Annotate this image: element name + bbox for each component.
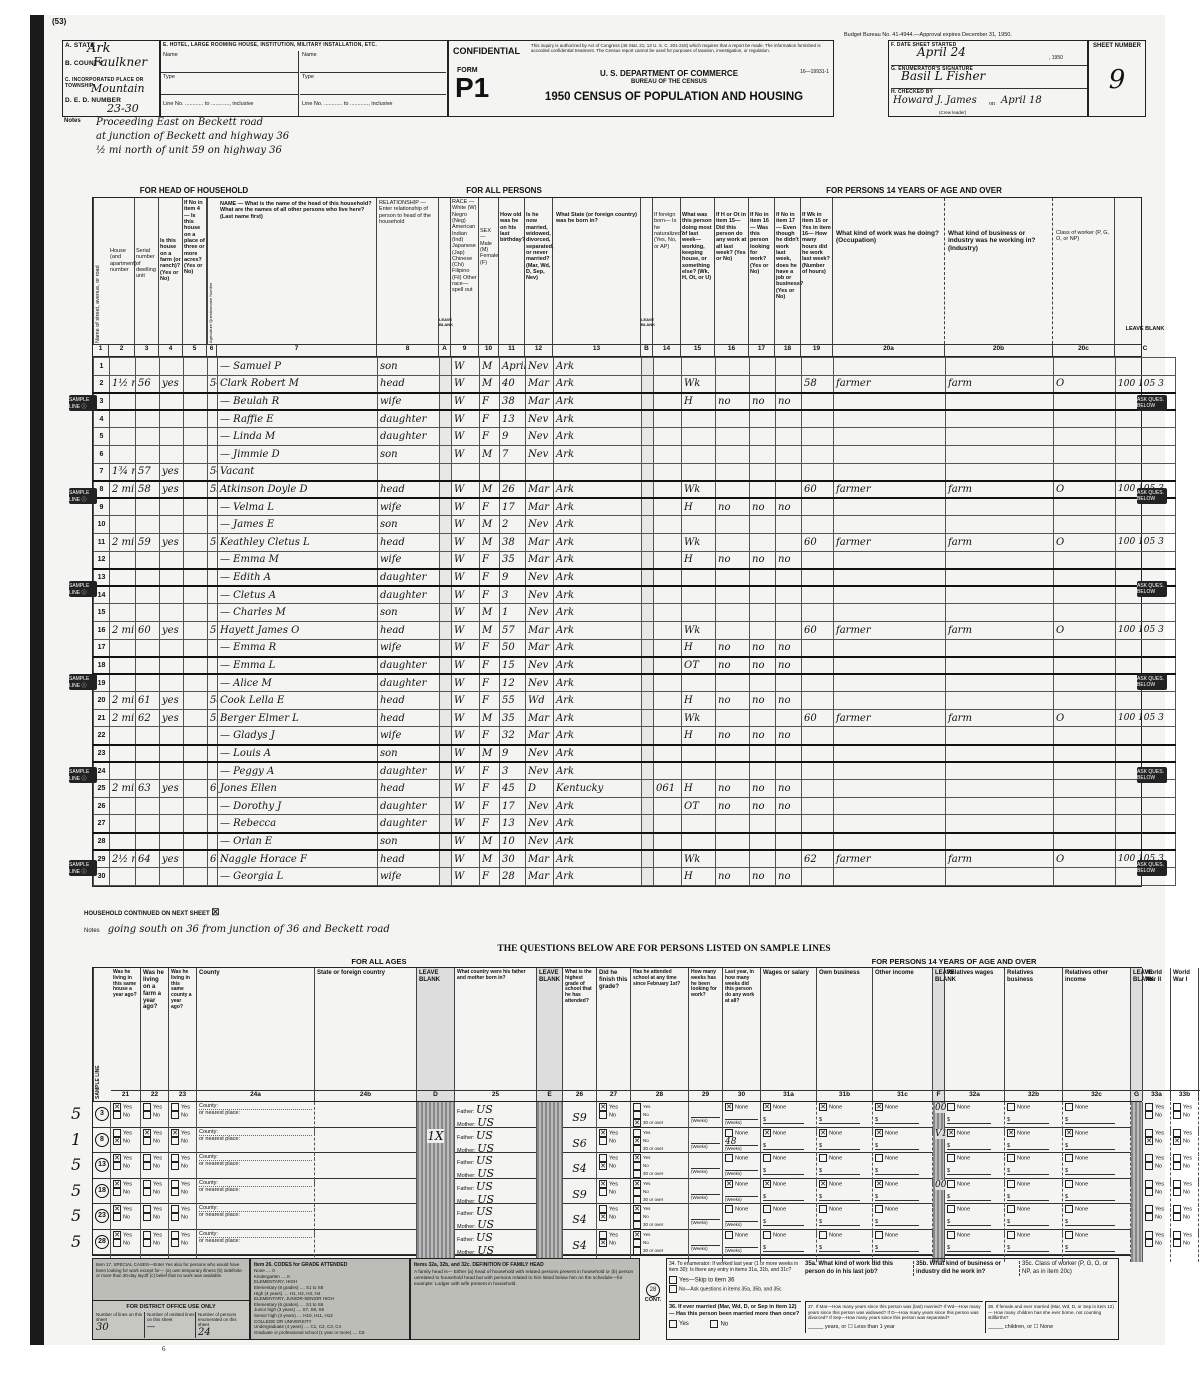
- yes-option[interactable]: Yes: [143, 1180, 166, 1188]
- no-option[interactable]: No: [1145, 1213, 1168, 1221]
- yes-checkbox[interactable]: ✕: [633, 1180, 641, 1188]
- opt-30[interactable]: ✕30 or over: [633, 1119, 686, 1127]
- q34-no[interactable]: No—Ask questions in items 35a, 35b, and …: [669, 1285, 801, 1293]
- opt-yes[interactable]: Yes: [633, 1103, 686, 1111]
- amount-line[interactable]: $: [875, 1219, 919, 1226]
- yes-checkbox[interactable]: ✕: [633, 1205, 641, 1213]
- opt-no[interactable]: No: [633, 1213, 686, 1221]
- amount-line[interactable]: $: [1007, 1245, 1049, 1252]
- opt-30[interactable]: 30 or over: [633, 1221, 686, 1229]
- no-checkbox[interactable]: [143, 1111, 151, 1119]
- amount-line[interactable]: $: [875, 1168, 919, 1175]
- farm: [160, 745, 184, 763]
- no-option[interactable]: No: [171, 1188, 194, 1196]
- q34-no-checkbox[interactable]: [669, 1285, 677, 1293]
- yes-option[interactable]: Yes: [1173, 1129, 1196, 1137]
- yes-checkbox[interactable]: [1145, 1129, 1153, 1137]
- no-checkbox[interactable]: [633, 1162, 641, 1170]
- yes-option[interactable]: ✕Yes: [171, 1129, 194, 1137]
- no-option[interactable]: No: [143, 1188, 166, 1196]
- amount-line[interactable]: $: [1065, 1245, 1115, 1252]
- opt-no[interactable]: No: [633, 1162, 686, 1170]
- no-checkbox[interactable]: [599, 1111, 607, 1119]
- yes-checkbox[interactable]: [1145, 1180, 1153, 1188]
- yes-option[interactable]: Yes: [143, 1103, 166, 1111]
- house-number: [110, 657, 136, 675]
- col-num-c: C: [1115, 345, 1175, 356]
- none-checkbox[interactable]: ✕: [819, 1180, 827, 1188]
- thirty-checkbox[interactable]: [633, 1170, 641, 1178]
- no-checkbox[interactable]: [1173, 1213, 1181, 1221]
- occupation: [834, 498, 946, 516]
- yes-option[interactable]: Yes: [171, 1154, 194, 1162]
- yes-checkbox[interactable]: ✕: [113, 1154, 121, 1162]
- no-checkbox[interactable]: [143, 1162, 151, 1170]
- class-of-worker: O: [1054, 481, 1116, 499]
- opt-yes[interactable]: ✕Yes: [633, 1154, 686, 1162]
- thirty-checkbox[interactable]: [633, 1145, 641, 1153]
- no-checkbox[interactable]: ✕: [599, 1239, 607, 1247]
- no-option[interactable]: No: [599, 1137, 628, 1145]
- farm: yes: [160, 463, 184, 481]
- yes-option[interactable]: Yes: [1145, 1129, 1168, 1137]
- opt-yes[interactable]: ✕Yes: [633, 1180, 686, 1188]
- no-option[interactable]: No: [171, 1213, 194, 1221]
- no-option[interactable]: No: [113, 1111, 138, 1119]
- no-checkbox[interactable]: [113, 1162, 121, 1170]
- yes-checkbox[interactable]: [1145, 1205, 1153, 1213]
- no-option[interactable]: No: [113, 1239, 138, 1247]
- yes-checkbox[interactable]: ✕: [113, 1180, 121, 1188]
- no-option[interactable]: ✕No: [1173, 1137, 1196, 1145]
- column-header-strip: Name of street, avenue, or road House (a…: [92, 197, 1142, 357]
- amount-line[interactable]: $: [947, 1143, 991, 1150]
- yes-option[interactable]: ✕Yes: [113, 1180, 138, 1188]
- none-checkbox[interactable]: [875, 1231, 883, 1239]
- amount-line[interactable]: $: [763, 1219, 804, 1226]
- none-checkbox[interactable]: ✕: [875, 1103, 883, 1111]
- yes-option[interactable]: ✕Yes: [113, 1154, 138, 1162]
- relationship: son: [378, 445, 440, 463]
- no-checkbox[interactable]: [1173, 1188, 1181, 1196]
- no-checkbox[interactable]: [143, 1239, 151, 1247]
- no-option[interactable]: No: [143, 1213, 166, 1221]
- amount-line[interactable]: $: [947, 1117, 991, 1124]
- race: W: [452, 551, 480, 569]
- yes-checkbox[interactable]: [1145, 1103, 1153, 1111]
- no-option[interactable]: ✕No: [599, 1239, 628, 1247]
- sample-margin-mark: 5: [71, 1104, 81, 1123]
- yes-checkbox[interactable]: [599, 1154, 607, 1162]
- yes-option[interactable]: Yes: [1145, 1103, 1168, 1111]
- no-option[interactable]: ✕No: [113, 1137, 138, 1145]
- opt-yes[interactable]: ✕Yes: [633, 1205, 686, 1213]
- no-option[interactable]: No: [171, 1137, 194, 1145]
- no-option[interactable]: No: [171, 1239, 194, 1247]
- occupation: [834, 727, 946, 745]
- none-checkbox[interactable]: [1007, 1103, 1015, 1111]
- none-checkbox[interactable]: [947, 1231, 955, 1239]
- amount-line[interactable]: $: [763, 1117, 804, 1124]
- yes-checkbox[interactable]: [633, 1129, 641, 1137]
- amount-line[interactable]: $: [819, 1143, 860, 1150]
- no-checkbox[interactable]: [171, 1137, 179, 1145]
- amount-line[interactable]: $: [1007, 1117, 1049, 1124]
- amount-line[interactable]: $: [1065, 1143, 1115, 1150]
- none-checkbox[interactable]: ✕: [819, 1129, 827, 1137]
- no-option[interactable]: No: [1145, 1188, 1168, 1196]
- relationship: [378, 463, 440, 481]
- no-checkbox[interactable]: [143, 1137, 151, 1145]
- amount-line[interactable]: $: [947, 1168, 991, 1175]
- yes-checkbox[interactable]: [1173, 1103, 1181, 1111]
- opt-no[interactable]: No: [633, 1111, 686, 1119]
- no-option[interactable]: No: [1173, 1188, 1196, 1196]
- no-option[interactable]: No: [143, 1239, 166, 1247]
- race: [452, 463, 480, 481]
- opt-no[interactable]: No: [633, 1239, 686, 1247]
- yes-option[interactable]: Yes: [1145, 1231, 1168, 1239]
- yes-checkbox[interactable]: [171, 1231, 179, 1239]
- no-checkbox[interactable]: [1173, 1111, 1181, 1119]
- amount-line[interactable]: $: [1065, 1194, 1115, 1201]
- q34-yes-checkbox[interactable]: [669, 1276, 677, 1284]
- no-checkbox[interactable]: [1145, 1213, 1153, 1221]
- no-checkbox[interactable]: ✕: [113, 1137, 121, 1145]
- no-option[interactable]: ✕No: [599, 1213, 628, 1221]
- opt-30[interactable]: 30 or over: [633, 1247, 686, 1255]
- none-checkbox[interactable]: [1065, 1180, 1073, 1188]
- no-option[interactable]: No: [143, 1111, 166, 1119]
- amount-line[interactable]: $: [819, 1219, 860, 1226]
- yes-option[interactable]: Yes: [171, 1231, 194, 1239]
- none-checkbox[interactable]: ✕: [763, 1129, 771, 1137]
- no-checkbox[interactable]: [1145, 1111, 1153, 1119]
- amount-line[interactable]: $: [819, 1194, 860, 1201]
- none-checkbox[interactable]: ✕: [819, 1103, 827, 1111]
- yes-checkbox[interactable]: [1173, 1180, 1181, 1188]
- amount-line[interactable]: $: [875, 1194, 919, 1201]
- none-checkbox[interactable]: [1007, 1180, 1015, 1188]
- no-option[interactable]: No: [1145, 1111, 1168, 1119]
- leave-blank-c: [1116, 551, 1176, 569]
- amount-line[interactable]: $: [947, 1245, 991, 1252]
- yes-checkbox[interactable]: ✕: [113, 1205, 121, 1213]
- no-checkbox[interactable]: [113, 1111, 121, 1119]
- amount-line[interactable]: $: [1065, 1219, 1115, 1226]
- none-checkbox[interactable]: [725, 1205, 733, 1213]
- yes-option[interactable]: Yes: [171, 1205, 194, 1213]
- no-option[interactable]: No: [599, 1111, 628, 1119]
- yes-checkbox[interactable]: [171, 1154, 179, 1162]
- sex: F: [480, 692, 500, 710]
- yes-option[interactable]: Yes: [599, 1205, 628, 1213]
- yes-option[interactable]: Yes: [1173, 1103, 1196, 1111]
- q38-answer[interactable]: _____ children, or ☐ None: [988, 1324, 1115, 1331]
- none-checkbox[interactable]: [947, 1180, 955, 1188]
- no-checkbox[interactable]: [1145, 1162, 1153, 1170]
- no-checkbox[interactable]: [599, 1137, 607, 1145]
- none-checkbox[interactable]: [819, 1231, 827, 1239]
- no-option[interactable]: No: [143, 1162, 166, 1170]
- worked: no: [716, 692, 750, 710]
- opt-no[interactable]: ✕No: [633, 1137, 686, 1145]
- thirty-checkbox[interactable]: [633, 1221, 641, 1229]
- none-checkbox[interactable]: [819, 1154, 827, 1162]
- no-checkbox[interactable]: ✕: [599, 1213, 607, 1221]
- yes-checkbox[interactable]: [171, 1180, 179, 1188]
- no-option[interactable]: No: [1173, 1213, 1196, 1221]
- none-checkbox[interactable]: ✕: [1065, 1129, 1073, 1137]
- no-checkbox[interactable]: [633, 1111, 641, 1119]
- no-option[interactable]: No: [1173, 1239, 1196, 1247]
- amount-line[interactable]: $: [763, 1168, 804, 1175]
- no-checkbox[interactable]: ✕: [599, 1162, 607, 1170]
- yes-checkbox[interactable]: [143, 1180, 151, 1188]
- yes-checkbox[interactable]: [1173, 1154, 1181, 1162]
- none-checkbox[interactable]: ✕: [725, 1180, 733, 1188]
- no-checkbox[interactable]: [171, 1111, 179, 1119]
- none-checkbox[interactable]: ✕: [725, 1103, 733, 1111]
- none-checkbox[interactable]: [763, 1231, 771, 1239]
- line-number: 21: [94, 709, 110, 727]
- none-checkbox[interactable]: [1007, 1205, 1015, 1213]
- no-checkbox[interactable]: [633, 1239, 641, 1247]
- no-option[interactable]: No: [1145, 1239, 1168, 1247]
- none-checkbox[interactable]: ✕: [875, 1180, 883, 1188]
- yes-option[interactable]: Yes: [143, 1205, 166, 1213]
- no-checkbox[interactable]: [113, 1213, 121, 1221]
- none-checkbox[interactable]: [1007, 1231, 1015, 1239]
- no-option[interactable]: No: [1145, 1162, 1168, 1170]
- yes-option[interactable]: ✕Yes: [113, 1103, 138, 1111]
- none-checkbox[interactable]: ✕: [763, 1103, 771, 1111]
- no-checkbox[interactable]: ✕: [633, 1137, 641, 1145]
- yes-checkbox[interactable]: [633, 1103, 641, 1111]
- no-option[interactable]: No: [113, 1162, 138, 1170]
- none-checkbox[interactable]: [1065, 1154, 1073, 1162]
- no-checkbox[interactable]: [599, 1188, 607, 1196]
- opt-30[interactable]: 30 or over: [633, 1170, 686, 1178]
- yes-option[interactable]: ✕Yes: [599, 1103, 628, 1111]
- yes-checkbox[interactable]: [171, 1103, 179, 1111]
- q36-no-checkbox[interactable]: [710, 1320, 718, 1328]
- none-checkbox[interactable]: ✕: [947, 1129, 955, 1137]
- sample-col-number: 23: [169, 1090, 196, 1101]
- none-checkbox[interactable]: [947, 1103, 955, 1111]
- no-checkbox[interactable]: ✕: [1173, 1137, 1181, 1145]
- amount-line[interactable]: $: [875, 1245, 919, 1252]
- no-option[interactable]: No: [599, 1188, 628, 1196]
- amount-line[interactable]: $: [1065, 1117, 1115, 1124]
- opt-yes[interactable]: ✕Yes: [633, 1231, 686, 1239]
- no-checkbox[interactable]: [1173, 1239, 1181, 1247]
- no-checkbox[interactable]: [171, 1188, 179, 1196]
- yes-checkbox[interactable]: [1145, 1231, 1153, 1239]
- yes-checkbox[interactable]: [599, 1231, 607, 1239]
- no-checkbox[interactable]: [171, 1162, 179, 1170]
- amount-line[interactable]: $: [947, 1194, 991, 1201]
- yes-option[interactable]: ✕Yes: [113, 1231, 138, 1239]
- yes-option[interactable]: Yes: [1173, 1205, 1196, 1213]
- yes-checkbox[interactable]: [599, 1205, 607, 1213]
- amount-line[interactable]: $: [763, 1143, 804, 1150]
- yes-checkbox[interactable]: ✕: [599, 1129, 607, 1137]
- yes-checkbox[interactable]: [1173, 1205, 1181, 1213]
- yes-option[interactable]: Yes: [1173, 1154, 1196, 1162]
- yes-option[interactable]: ✕Yes: [143, 1129, 166, 1137]
- amount-line[interactable]: $: [1007, 1219, 1049, 1226]
- yes-option[interactable]: Yes: [143, 1231, 166, 1239]
- no-checkbox[interactable]: [113, 1239, 121, 1247]
- amount-line[interactable]: $: [1007, 1168, 1049, 1175]
- amount-line[interactable]: $: [819, 1117, 860, 1124]
- no-option[interactable]: No: [1173, 1111, 1196, 1119]
- yes-checkbox[interactable]: ✕: [113, 1231, 121, 1239]
- no-option[interactable]: No: [1173, 1162, 1196, 1170]
- hours: [802, 358, 834, 376]
- yes-option[interactable]: ✕Yes: [599, 1180, 628, 1188]
- yes-checkbox[interactable]: [143, 1205, 151, 1213]
- amount-line[interactable]: $: [819, 1168, 860, 1175]
- thirty-checkbox[interactable]: [633, 1247, 641, 1255]
- yes-checkbox[interactable]: [113, 1129, 121, 1137]
- yes-checkbox[interactable]: ✕: [633, 1154, 641, 1162]
- amount-line[interactable]: $: [763, 1194, 804, 1201]
- yes-checkbox[interactable]: [171, 1205, 179, 1213]
- no-checkbox[interactable]: ✕: [1145, 1137, 1153, 1145]
- no-checkbox[interactable]: [1173, 1162, 1181, 1170]
- yes-option[interactable]: Yes: [143, 1154, 166, 1162]
- yes-checkbox[interactable]: [1173, 1129, 1181, 1137]
- yes-checkbox[interactable]: ✕: [171, 1129, 179, 1137]
- no-option[interactable]: ✕No: [599, 1162, 628, 1170]
- sample-row: 35✕YesNoYesNoYesNoCounty:or nearest plac…: [93, 1102, 1141, 1128]
- none-checkbox[interactable]: ✕: [1007, 1129, 1015, 1137]
- amount-line[interactable]: $: [763, 1245, 804, 1252]
- q34-yes[interactable]: Yes—Skip to item 36: [669, 1276, 801, 1285]
- none-checkbox[interactable]: [763, 1205, 771, 1213]
- table-row: 21½ mi. left56yes54Clark Robert MheadWM4…: [94, 375, 1176, 393]
- none-checkbox[interactable]: [1007, 1154, 1015, 1162]
- amount-line[interactable]: $: [875, 1117, 919, 1124]
- yes-option[interactable]: ✕Yes: [113, 1205, 138, 1213]
- none-checkbox[interactable]: [875, 1205, 883, 1213]
- no-checkbox[interactable]: [113, 1188, 121, 1196]
- opt-no[interactable]: No: [633, 1188, 686, 1196]
- yes-checkbox[interactable]: [1173, 1231, 1181, 1239]
- none-checkbox[interactable]: ✕: [875, 1129, 883, 1137]
- q36-text: 36. If ever married (Mar, Wd, D, or Sep …: [669, 1304, 801, 1318]
- amount-line[interactable]: $: [1065, 1168, 1115, 1175]
- amount-line[interactable]: $: [1007, 1194, 1049, 1201]
- none-checkbox[interactable]: [1065, 1103, 1073, 1111]
- yes-option[interactable]: Yes: [1173, 1180, 1196, 1188]
- none-checkbox[interactable]: [1065, 1231, 1073, 1239]
- relationship: wife: [378, 868, 440, 886]
- none-checkbox[interactable]: [725, 1231, 733, 1239]
- sample-col-header-29: How many weeks has he been looking for w…: [689, 968, 723, 1101]
- yes-checkbox[interactable]: ✕: [599, 1180, 607, 1188]
- none-checkbox[interactable]: [1065, 1205, 1073, 1213]
- no-checkbox[interactable]: [171, 1213, 179, 1221]
- amount-line[interactable]: $: [947, 1219, 991, 1226]
- no-checkbox[interactable]: [633, 1188, 641, 1196]
- yes-checkbox[interactable]: [1145, 1154, 1153, 1162]
- thirty-checkbox[interactable]: ✕: [633, 1119, 641, 1127]
- yes-option[interactable]: Yes: [1145, 1180, 1168, 1188]
- thirty-checkbox[interactable]: [633, 1196, 641, 1204]
- opt-30[interactable]: 30 or over: [633, 1145, 686, 1153]
- yes-option[interactable]: Yes: [171, 1103, 194, 1111]
- activity: Wk: [682, 533, 716, 551]
- amount-line[interactable]: $: [1007, 1143, 1049, 1150]
- opt-yes[interactable]: Yes: [633, 1129, 686, 1137]
- none-checkbox[interactable]: ✕: [763, 1180, 771, 1188]
- yes-option[interactable]: Yes: [171, 1180, 194, 1188]
- worked: no: [716, 498, 750, 516]
- q36-yes-checkbox[interactable]: [669, 1320, 677, 1328]
- yes-checkbox[interactable]: ✕: [143, 1129, 151, 1137]
- none-checkbox[interactable]: [947, 1154, 955, 1162]
- yes-checkbox[interactable]: ✕: [633, 1231, 641, 1239]
- none-checkbox[interactable]: [947, 1205, 955, 1213]
- relationship: son: [378, 745, 440, 763]
- no-option[interactable]: ✕No: [1145, 1137, 1168, 1145]
- no-option[interactable]: No: [171, 1111, 194, 1119]
- amount-line[interactable]: $: [875, 1143, 919, 1150]
- no-checkbox[interactable]: [171, 1239, 179, 1247]
- yes-option[interactable]: Yes: [599, 1154, 628, 1162]
- continued-checkbox[interactable]: ☒: [211, 907, 219, 917]
- q37-answer[interactable]: _____ years, or ☐ Less than 1 year: [808, 1324, 981, 1331]
- no-checkbox[interactable]: [1145, 1239, 1153, 1247]
- yes-checkbox[interactable]: ✕: [599, 1103, 607, 1111]
- yes-checkbox[interactable]: [143, 1231, 151, 1239]
- opt-30[interactable]: 30 or over: [633, 1196, 686, 1204]
- birthplace: Ark: [554, 797, 642, 815]
- yes-checkbox[interactable]: [143, 1154, 151, 1162]
- yes-option[interactable]: Yes: [1173, 1231, 1196, 1239]
- no-option[interactable]: No: [143, 1137, 166, 1145]
- no-checkbox[interactable]: [633, 1213, 641, 1221]
- no-option[interactable]: No: [113, 1213, 138, 1221]
- no-checkbox[interactable]: [1145, 1188, 1153, 1196]
- no-option[interactable]: No: [113, 1188, 138, 1196]
- no-checkbox[interactable]: [143, 1213, 151, 1221]
- none-checkbox[interactable]: [763, 1154, 771, 1162]
- grade-value: S4: [572, 1162, 587, 1175]
- yes-option[interactable]: Yes: [1145, 1205, 1168, 1213]
- none-checkbox[interactable]: [725, 1154, 733, 1162]
- relatives-income-32c: None$: [1063, 1230, 1131, 1262]
- yes-option[interactable]: Yes: [1145, 1154, 1168, 1162]
- family-head-box: Items 32a, 32b, and 32c. DEFINITION OF F…: [410, 1258, 640, 1340]
- none-checkbox[interactable]: [725, 1129, 733, 1137]
- yes-option[interactable]: ✕Yes: [599, 1129, 628, 1137]
- none-checkbox[interactable]: [819, 1205, 827, 1213]
- yes-checkbox[interactable]: ✕: [113, 1103, 121, 1111]
- house-number: 2 mi. left: [110, 780, 136, 798]
- none-checkbox[interactable]: [875, 1154, 883, 1162]
- yes-option[interactable]: Yes: [599, 1231, 628, 1239]
- yes-option[interactable]: Yes: [113, 1129, 138, 1137]
- amount-line[interactable]: $: [819, 1245, 860, 1252]
- yes-checkbox[interactable]: [143, 1103, 151, 1111]
- no-option[interactable]: No: [171, 1162, 194, 1170]
- no-checkbox[interactable]: [143, 1188, 151, 1196]
- marital-status: Nev: [526, 797, 554, 815]
